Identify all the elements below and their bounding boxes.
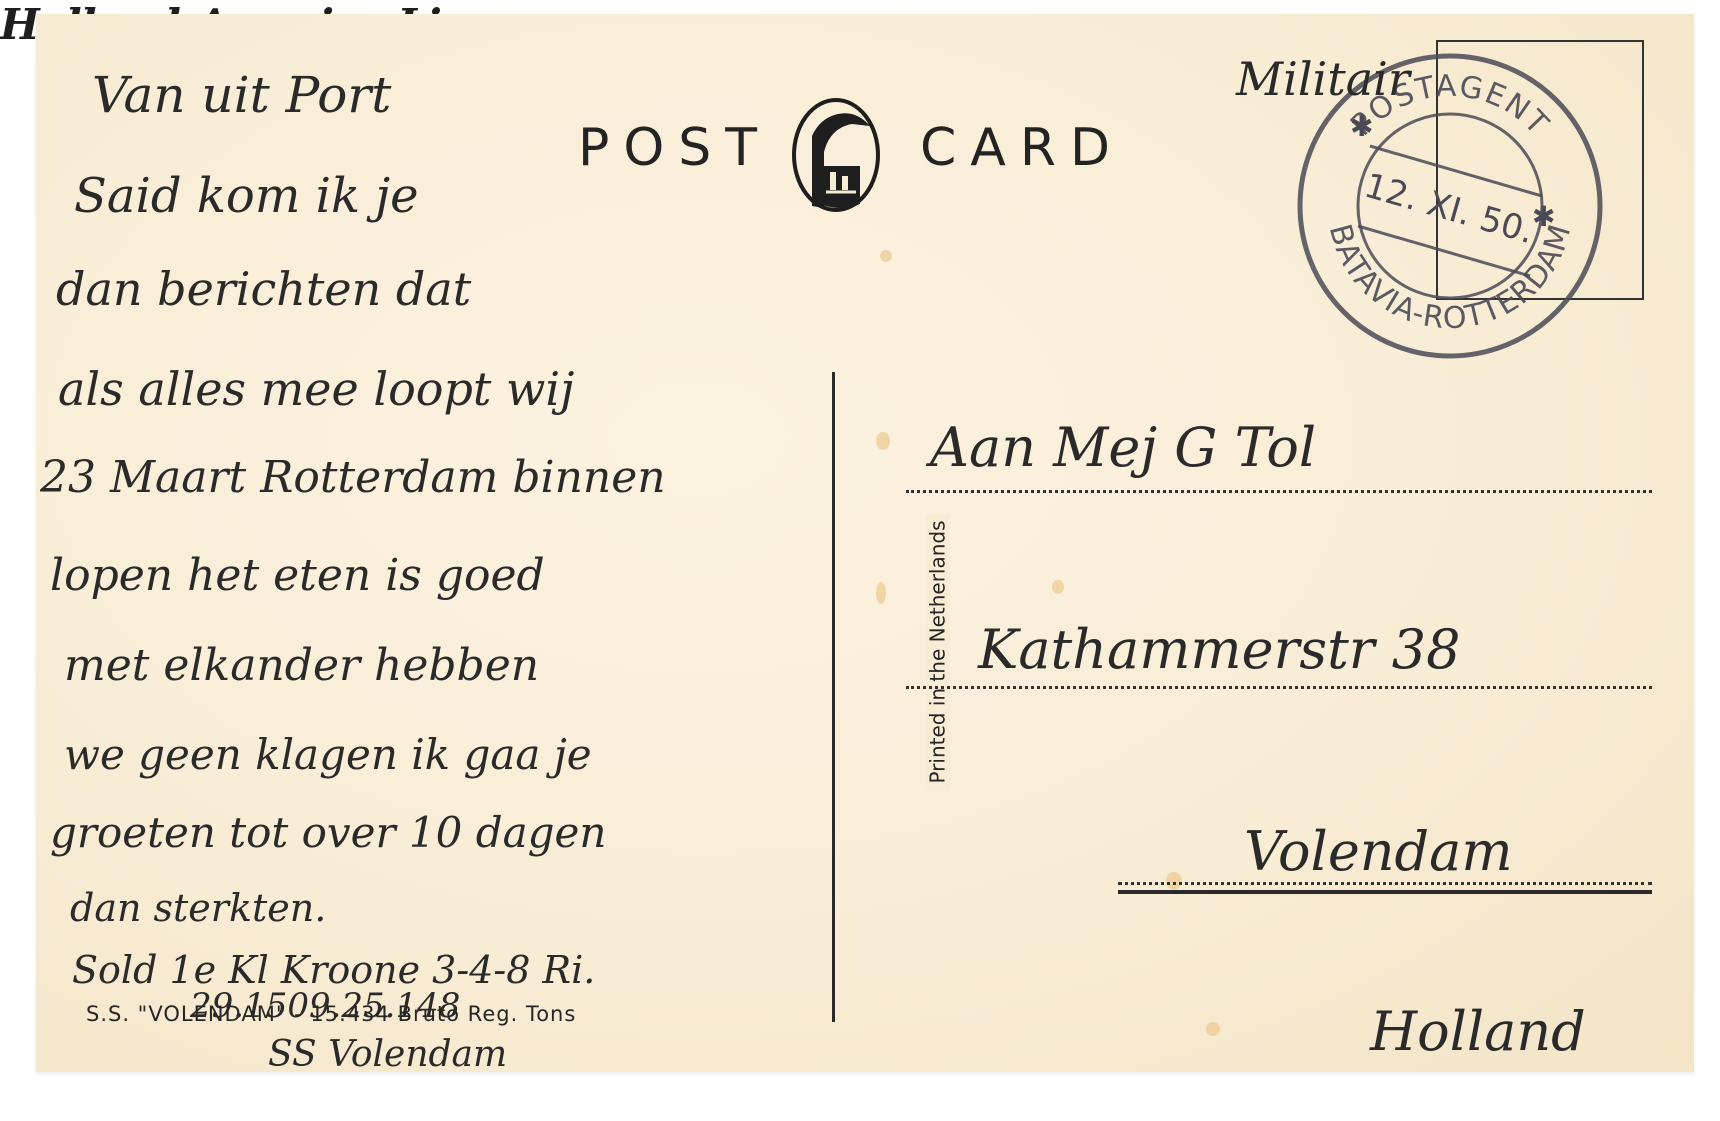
address-dotted-line xyxy=(906,686,1652,689)
address-line-city: Volendam xyxy=(1244,820,1513,883)
postmark-date: 12. XI. 50. xyxy=(1360,166,1538,252)
address-line-country: Holland xyxy=(1370,1000,1586,1063)
ship-caption: S.S. "VOLENDAM" - 15.434 Bruto Reg. Tons xyxy=(86,1002,576,1026)
foxing-spot xyxy=(1052,580,1064,594)
message-line: lopen het eten is goed xyxy=(50,550,545,601)
asterisk-icon: ✱ xyxy=(1350,112,1373,143)
foxing-spot xyxy=(1166,872,1182,890)
address-dotted-line xyxy=(906,490,1652,493)
vertical-divider xyxy=(832,372,835,1022)
message-line: 23 Maart Rotterdam binnen xyxy=(40,452,666,503)
address-line-street: Kathammerstr 38 xyxy=(978,618,1461,681)
postmark-bottom-text: BATAVIA-ROTTERDAM xyxy=(1322,220,1579,336)
address-dotted-line xyxy=(1118,882,1652,885)
svg-text:BATAVIA-ROTTERDAM: BATAVIA-ROTTERDAM xyxy=(1322,220,1579,336)
message-line: met elkander hebben xyxy=(64,640,539,691)
foxing-spot xyxy=(876,432,890,450)
message-line: we geen klagen ik gaa je xyxy=(64,730,592,779)
foxing-spot xyxy=(880,250,892,262)
post-title: POST xyxy=(578,118,771,178)
message-line: dan sterkten. xyxy=(70,886,326,930)
message-line: Said kom ik je xyxy=(74,168,419,224)
message-line: groeten tot over 10 dagen xyxy=(50,808,606,857)
foxing-spot xyxy=(1206,1022,1220,1036)
ship-emblem-icon xyxy=(790,96,882,214)
military-note: Militair xyxy=(1236,52,1410,106)
message-line: als alles mee loopt wij xyxy=(58,362,574,416)
printed-in-netherlands: Printed in the Netherlands xyxy=(926,514,950,789)
message-line: Van uit Port xyxy=(92,66,391,124)
sender-ship-line: SS Volendam xyxy=(268,1034,507,1075)
address-line-name: Aan Mej G Tol xyxy=(930,416,1316,479)
message-line: dan berichten dat xyxy=(56,262,471,316)
foxing-spot xyxy=(876,582,886,604)
address-underline xyxy=(1118,890,1652,894)
card-title: CARD xyxy=(920,118,1124,178)
